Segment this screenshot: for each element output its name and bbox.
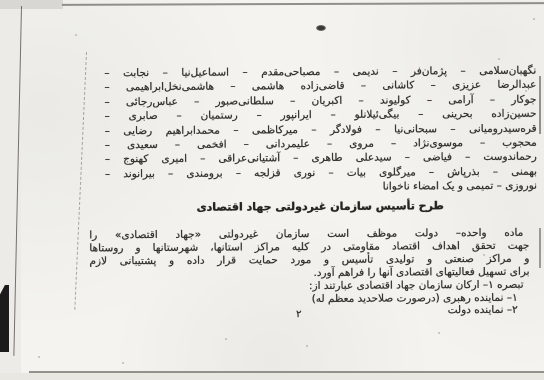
page-number: ۲ [289, 309, 309, 320]
signatories-block: نگهبان‌سلامی – پژمان‌فر – ندیمی – مصباحی… [104, 64, 537, 196]
scanned-document-page: نگهبان‌سلامی – پژمان‌فر – ندیمی – مصباحی… [0, 0, 544, 380]
bill-title: طرح تأسیس سازمان غیردولتی جهاد اقتصادی [140, 199, 500, 214]
signatories-line-9: نوروزی – تمیمی و یک امضاء ناخوانا [105, 179, 537, 196]
body-line-7-item2: ۲– نماینده دولت [90, 304, 530, 320]
bill-body-block: ماده واحده– دولت موظف است سازمان غیردولت… [89, 227, 530, 320]
document-text-layer: نگهبان‌سلامی – پژمان‌فر – ندیمی – مصباحی… [0, 0, 544, 380]
